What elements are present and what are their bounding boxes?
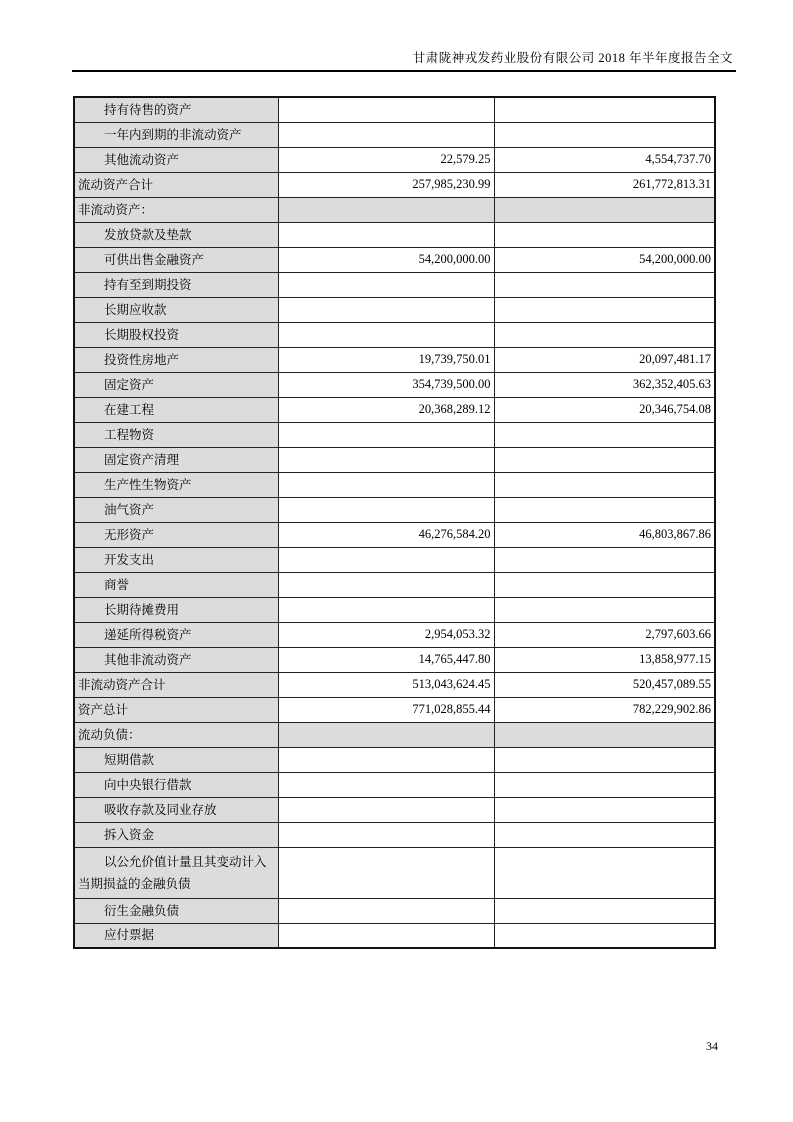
value-cell-second: [494, 447, 715, 472]
value-cell-first: 771,028,855.44: [278, 697, 494, 722]
value-cell-second: 46,803,867.86: [494, 522, 715, 547]
value-cell-second: [494, 222, 715, 247]
table-row: 资产总计771,028,855.44782,229,902.86: [74, 697, 715, 722]
value-cell-first: [278, 722, 494, 747]
value-cell-first: 354,739,500.00: [278, 372, 494, 397]
table-row: 无形资产46,276,584.2046,803,867.86: [74, 522, 715, 547]
table-row: 应付票据: [74, 923, 715, 948]
item-label-cell: 长期应收款: [74, 297, 278, 322]
item-label-cell: 流动资产合计: [74, 172, 278, 197]
item-label-cell: 商誉: [74, 572, 278, 597]
value-cell-second: [494, 422, 715, 447]
table-row: 工程物资: [74, 422, 715, 447]
value-cell-second: 20,097,481.17: [494, 347, 715, 372]
item-label-cell: 衍生金融负债: [74, 898, 278, 923]
value-cell-first: 257,985,230.99: [278, 172, 494, 197]
value-cell-second: [494, 472, 715, 497]
report-header-title: 甘肃陇神戎发药业股份有限公司 2018 年半年度报告全文: [413, 50, 733, 66]
value-cell-second: [494, 272, 715, 297]
value-cell-second: 54,200,000.00: [494, 247, 715, 272]
value-cell-first: [278, 547, 494, 572]
item-label-cell: 一年内到期的非流动资产: [74, 122, 278, 147]
report-page: 甘肃陇神戎发药业股份有限公司 2018 年半年度报告全文 持有待售的资产一年内到…: [0, 0, 793, 1122]
item-label-cell: 其他非流动资产: [74, 647, 278, 672]
value-cell-second: [494, 797, 715, 822]
value-cell-second: 13,858,977.15: [494, 647, 715, 672]
balance-sheet-table: 持有待售的资产一年内到期的非流动资产其他流动资产22,579.254,554,7…: [73, 96, 716, 949]
table-row: 衍生金融负债: [74, 898, 715, 923]
value-cell-first: 513,043,624.45: [278, 672, 494, 697]
value-cell-first: [278, 222, 494, 247]
value-cell-first: 22,579.25: [278, 147, 494, 172]
value-cell-first: [278, 472, 494, 497]
table-row: 其他非流动资产14,765,447.8013,858,977.15: [74, 647, 715, 672]
table-row: 短期借款: [74, 747, 715, 772]
value-cell-first: [278, 447, 494, 472]
header-divider-rule: [72, 70, 736, 72]
table-row: 生产性生物资产: [74, 472, 715, 497]
item-label-cell: 短期借款: [74, 747, 278, 772]
table-row: 长期股权投资: [74, 322, 715, 347]
value-cell-second: 2,797,603.66: [494, 622, 715, 647]
value-cell-first: [278, 497, 494, 522]
table-row: 拆入资金: [74, 822, 715, 847]
value-cell-second: [494, 572, 715, 597]
section-header-row: 流动负债：: [74, 722, 715, 747]
value-cell-second: [494, 597, 715, 622]
value-cell-second: [494, 923, 715, 948]
value-cell-second: 362,352,405.63: [494, 372, 715, 397]
table-row: 投资性房地产19,739,750.0120,097,481.17: [74, 347, 715, 372]
item-label-cell: 吸收存款及同业存放: [74, 797, 278, 822]
value-cell-second: [494, 822, 715, 847]
value-cell-first: [278, 97, 494, 122]
table-row: 递延所得税资产2,954,053.322,797,603.66: [74, 622, 715, 647]
item-label-cell: 以公允价值计量且其变动计入当期损益的金融负债: [74, 847, 278, 898]
table-row: 开发支出: [74, 547, 715, 572]
item-label-cell: 开发支出: [74, 547, 278, 572]
item-label-cell: 持有待售的资产: [74, 97, 278, 122]
value-cell-second: [494, 547, 715, 572]
table-row: 固定资产清理: [74, 447, 715, 472]
value-cell-first: [278, 422, 494, 447]
value-cell-first: [278, 597, 494, 622]
table-row: 持有至到期投资: [74, 272, 715, 297]
item-label-cell: 其他流动资产: [74, 147, 278, 172]
value-cell-second: 4,554,737.70: [494, 147, 715, 172]
value-cell-second: [494, 772, 715, 797]
item-label-cell: 递延所得税资产: [74, 622, 278, 647]
value-cell-second: [494, 497, 715, 522]
value-cell-second: 20,346,754.08: [494, 397, 715, 422]
value-cell-second: 520,457,089.55: [494, 672, 715, 697]
table-row: 吸收存款及同业存放: [74, 797, 715, 822]
value-cell-first: [278, 797, 494, 822]
section-header-row: 非流动资产：: [74, 197, 715, 222]
value-cell-first: [278, 322, 494, 347]
value-cell-first: [278, 847, 494, 898]
item-label-cell: 持有至到期投资: [74, 272, 278, 297]
table-row: 发放贷款及垫款: [74, 222, 715, 247]
item-label-cell: 资产总计: [74, 697, 278, 722]
item-label-cell: 工程物资: [74, 422, 278, 447]
value-cell-first: [278, 297, 494, 322]
item-label-cell: 油气资产: [74, 497, 278, 522]
value-cell-first: [278, 747, 494, 772]
page-number: 34: [706, 1039, 718, 1054]
value-cell-first: 46,276,584.20: [278, 522, 494, 547]
table-row: 长期待摊费用: [74, 597, 715, 622]
value-cell-first: 19,739,750.01: [278, 347, 494, 372]
table-row: 以公允价值计量且其变动计入当期损益的金融负债: [74, 847, 715, 898]
item-label-cell: 生产性生物资产: [74, 472, 278, 497]
table-row: 商誉: [74, 572, 715, 597]
table-row: 一年内到期的非流动资产: [74, 122, 715, 147]
value-cell-first: [278, 572, 494, 597]
item-label-cell: 流动负债：: [74, 722, 278, 747]
table-row: 油气资产: [74, 497, 715, 522]
item-label-cell: 固定资产清理: [74, 447, 278, 472]
value-cell-first: [278, 122, 494, 147]
table-row: 固定资产354,739,500.00362,352,405.63: [74, 372, 715, 397]
table-row: 向中央银行借款: [74, 772, 715, 797]
value-cell-second: [494, 97, 715, 122]
value-cell-first: 2,954,053.32: [278, 622, 494, 647]
value-cell-first: 14,765,447.80: [278, 647, 494, 672]
item-label-cell: 应付票据: [74, 923, 278, 948]
item-label-cell: 非流动资产：: [74, 197, 278, 222]
item-label-cell: 无形资产: [74, 522, 278, 547]
value-cell-second: 261,772,813.31: [494, 172, 715, 197]
table-row: 持有待售的资产: [74, 97, 715, 122]
item-label-cell: 非流动资产合计: [74, 672, 278, 697]
table-row: 非流动资产合计513,043,624.45520,457,089.55: [74, 672, 715, 697]
item-label-cell: 固定资产: [74, 372, 278, 397]
item-label-cell: 在建工程: [74, 397, 278, 422]
item-label-cell: 可供出售金融资产: [74, 247, 278, 272]
value-cell-first: [278, 822, 494, 847]
value-cell-second: 782,229,902.86: [494, 697, 715, 722]
value-cell-first: 20,368,289.12: [278, 397, 494, 422]
table-row: 其他流动资产22,579.254,554,737.70: [74, 147, 715, 172]
item-label-cell: 投资性房地产: [74, 347, 278, 372]
item-label-cell: 长期待摊费用: [74, 597, 278, 622]
value-cell-second: [494, 122, 715, 147]
value-cell-second: [494, 297, 715, 322]
value-cell-second: [494, 722, 715, 747]
table-row: 可供出售金融资产54,200,000.0054,200,000.00: [74, 247, 715, 272]
value-cell-second: [494, 322, 715, 347]
value-cell-second: [494, 847, 715, 898]
item-label-cell: 长期股权投资: [74, 322, 278, 347]
value-cell-second: [494, 898, 715, 923]
table-row: 长期应收款: [74, 297, 715, 322]
table-row: 在建工程20,368,289.1220,346,754.08: [74, 397, 715, 422]
value-cell-second: [494, 747, 715, 772]
value-cell-first: [278, 772, 494, 797]
value-cell-second: [494, 197, 715, 222]
item-label-cell: 向中央银行借款: [74, 772, 278, 797]
value-cell-first: [278, 272, 494, 297]
value-cell-first: 54,200,000.00: [278, 247, 494, 272]
balance-sheet-body: 持有待售的资产一年内到期的非流动资产其他流动资产22,579.254,554,7…: [74, 97, 715, 948]
value-cell-first: [278, 898, 494, 923]
table-row: 流动资产合计257,985,230.99261,772,813.31: [74, 172, 715, 197]
item-label-cell: 发放贷款及垫款: [74, 222, 278, 247]
value-cell-first: [278, 923, 494, 948]
item-label-cell: 拆入资金: [74, 822, 278, 847]
value-cell-first: [278, 197, 494, 222]
